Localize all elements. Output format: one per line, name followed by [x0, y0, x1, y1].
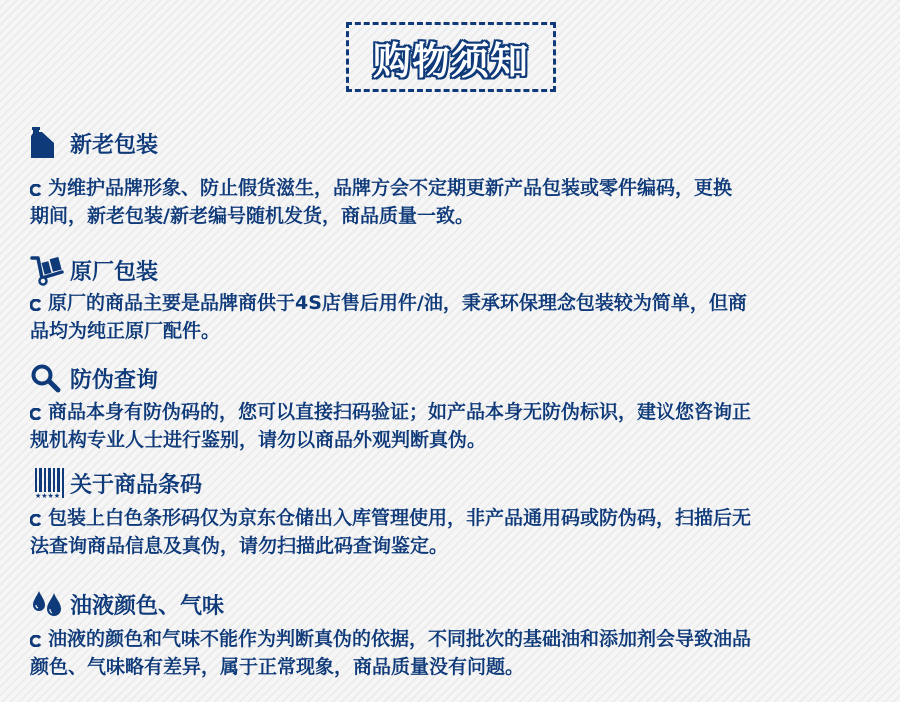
section-title: 新老包装 [70, 128, 158, 159]
section-header: 防伪查询 [30, 361, 158, 395]
bullet-icon [30, 504, 48, 532]
section-title: 油液颜色、气味 [70, 589, 224, 620]
body-line: 油液的颜色和气味不能作为判断真伪的依据，不同批次的基础油和添加剂会导致油品 [30, 625, 880, 653]
body-line: 期间，新老包装/新老编号随机发货，商品质量一致。 [30, 202, 880, 230]
title-frame: 购物须知 [346, 22, 556, 92]
section-title: 防伪查询 [70, 363, 158, 394]
section-header: ★★★★ 关于商品条码 [30, 466, 202, 500]
body-line: 包装上白色条形码仅为京东仓储出入库管理使用，非产品通用码或防伪码，扫描后无 [30, 504, 880, 532]
page-title: 购物须知 [373, 30, 529, 85]
bullet-icon [30, 174, 48, 202]
section-header: 原厂包装 [30, 253, 158, 287]
section-body: 为维护品牌形象、防止假货滋生，品牌方会不定期更新产品包装或零件编码，更换 期间，… [30, 174, 880, 230]
barcode-icon: ★★★★ [30, 466, 68, 500]
section-body: 原厂的商品主要是品牌商供于4S店售后用件/油，秉承环保理念包装较为简单，但商 品… [30, 289, 880, 345]
bullet-icon [30, 398, 48, 426]
body-line: 法查询商品信息及真伪，请勿扫描此码查询鉴定。 [30, 532, 880, 560]
section-body: 油液的颜色和气味不能作为判断真伪的依据，不同批次的基础油和添加剂会导致油品 颜色… [30, 625, 880, 681]
body-line: 商品本身有防伪码的，您可以直接扫码验证；如产品本身无防伪标识，建议您咨询正 [30, 398, 880, 426]
body-line: 原厂的商品主要是品牌商供于4S店售后用件/油，秉承环保理念包装较为简单，但商 [30, 289, 880, 317]
section-header: 新老包装 [30, 126, 158, 160]
section-title: 关于商品条码 [70, 468, 202, 499]
bullet-icon [30, 289, 48, 317]
body-line: 颜色、气味略有差异，属于正常现象，商品质量没有问题。 [30, 653, 880, 681]
bottle-icon [30, 126, 68, 160]
section-body: 包装上白色条形码仅为京东仓储出入库管理使用，非产品通用码或防伪码，扫描后无 法查… [30, 504, 880, 560]
section-title: 原厂包装 [70, 255, 158, 286]
body-line: 为维护品牌形象、防止假货滋生，品牌方会不定期更新产品包装或零件编码，更换 [30, 174, 880, 202]
svg-text:★★★★: ★★★★ [35, 492, 60, 500]
magnifier-icon [30, 361, 68, 395]
section-body: 商品本身有防伪码的，您可以直接扫码验证；如产品本身无防伪标识，建议您咨询正 规机… [30, 398, 880, 454]
bullet-icon [30, 625, 48, 653]
droplets-icon [30, 587, 68, 621]
section-header: 油液颜色、气味 [30, 587, 224, 621]
body-line: 规机构专业人士进行鉴别，请勿以商品外观判断真伪。 [30, 426, 880, 454]
hand-truck-icon [30, 253, 68, 287]
body-line: 品均为纯正原厂配件。 [30, 317, 880, 345]
